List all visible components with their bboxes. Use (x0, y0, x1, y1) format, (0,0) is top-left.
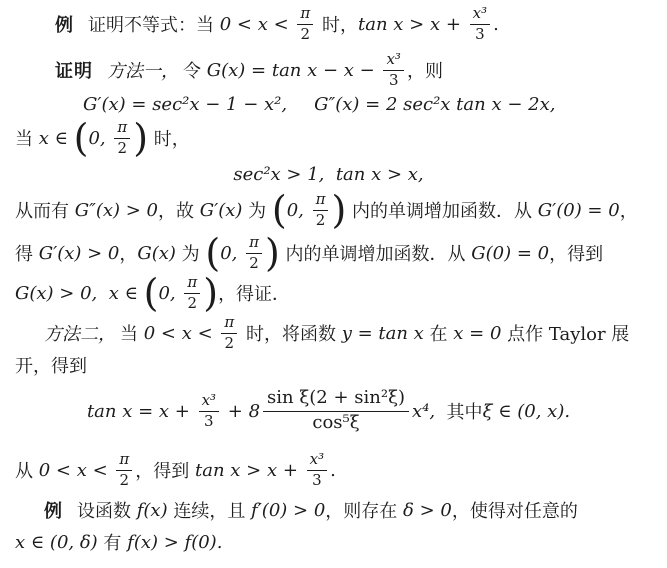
math-segment: y = tan x (342, 323, 424, 344)
math-segment: G(x) = tan x − x − (207, 60, 381, 81)
proof-label: 证明 (55, 57, 93, 83)
text-segment: 在 (424, 320, 453, 346)
fraction-pi-over-2: π2 (297, 5, 313, 43)
math-segment: x⁴, (412, 401, 435, 422)
text-segment: ，故 (158, 197, 200, 223)
left-paren: ( (144, 274, 159, 312)
math-segment: + 8 (222, 401, 260, 422)
math-segment: x ∈ (0, δ) (15, 532, 98, 553)
math-segment: 0, (287, 200, 310, 221)
right-paren: ) (133, 119, 148, 157)
method-1-label: 方法一， (107, 57, 179, 83)
text-segment: ，得到 (549, 240, 603, 266)
text-segment: 得 (15, 240, 39, 266)
text-segment: . (493, 14, 499, 35)
g-prime-equation: G′(x) = sec²x − 1 − x², (83, 94, 287, 115)
fraction-x3-over-3: x³3 (307, 451, 327, 489)
math-segment: f′(0) > 0 (251, 500, 325, 521)
fraction-pi-over-2: π2 (313, 191, 329, 229)
example-label: 例 (55, 11, 74, 37)
fraction-pi-over-2: π2 (221, 314, 237, 352)
math-segment: 0, (158, 283, 181, 304)
text-segment: 从而有 (15, 197, 75, 223)
left-paren: ( (74, 119, 89, 157)
math-segment: 0, (220, 243, 243, 264)
method-2-continuation-line: 开，得到 (0, 354, 667, 376)
fraction-pi-over-2: π2 (184, 274, 200, 312)
math-segment: 0 < x < (144, 323, 219, 344)
math-segment: δ > 0 (403, 500, 452, 521)
text-segment: ，则 (407, 57, 443, 83)
text-segment: ，使得对任意的 (452, 497, 578, 523)
text-segment: ，则存在 (325, 497, 403, 523)
fraction-pi-over-2: π2 (114, 119, 130, 157)
fraction-x3-over-3: x³3 (470, 5, 490, 43)
fraction-pi-over-2: π2 (246, 234, 262, 272)
fraction-x3-over-3: x³3 (383, 51, 403, 89)
proof-method-2-line: 方法二， 当 0 < x < π2 时，将函数 y = tan x 在 x = … (0, 312, 667, 354)
text-segment: 内的单调增加函数．从 (346, 197, 537, 223)
text-segment: 其中 (435, 398, 482, 424)
math-segment: G′(x) > 0 (39, 243, 120, 264)
text-segment: 设函数 (77, 497, 137, 523)
g-double-prime-equation: G″(x) = 2 sec²x tan x − 2x, (314, 94, 555, 115)
right-paren: ) (265, 234, 280, 272)
text-segment: 时， (148, 125, 190, 151)
text-segment: 当 (120, 320, 144, 346)
text-segment: ， (620, 197, 638, 223)
left-paren: ( (205, 234, 220, 272)
math-segment: G′(0) = 0 (538, 200, 620, 221)
method-2-conclusion-line: 从 0 < x < π2 ，得到 tan x > x + x³3 . (0, 446, 667, 494)
math-segment: G″(x) > 0 (75, 200, 158, 221)
text-segment: 令 (183, 57, 207, 83)
text-segment: 点作 Taylor 展 (501, 320, 629, 346)
math-segment: tan x > x + (195, 460, 304, 481)
text-segment: ， (119, 240, 137, 266)
fraction-x3-over-3: x³3 (199, 392, 219, 430)
text-segment: 内的单调增加函数．从 (280, 240, 471, 266)
text-segment: 从 (15, 457, 39, 483)
math-segment: ξ ∈ (0, x). (483, 401, 571, 422)
math-segment: tan x > x + (358, 14, 467, 35)
text-segment: 时， (316, 11, 358, 37)
text-segment: 为 (176, 240, 205, 266)
method-1-conclusion-line: G(x) > 0, x ∈ ( 0, π2 ) ，得证． (0, 274, 667, 312)
math-segment: 0 < x < (220, 14, 295, 35)
text-segment: 为 (242, 197, 271, 223)
fraction-pi-over-2: π2 (116, 451, 132, 489)
math-segment: sec²x > 1, tan x > x, (233, 164, 423, 185)
right-paren: ) (203, 274, 218, 312)
math-segment: G(x) > 0, x ∈ (15, 283, 144, 304)
derivative-equations-line: G′(x) = sec²x − 1 − x², G″(x) = 2 sec²x … (0, 92, 667, 116)
example-2-statement-line-1: 例 设函数 f(x) 连续，且 f′(0) > 0 ，则存在 δ > 0 ，使得… (0, 494, 667, 526)
math-segment: G(0) = 0 (471, 243, 549, 264)
method-2-label: 方法二， (44, 320, 116, 346)
example-1-statement: 例 证明不等式：当 0 < x < π2 时， tan x > x + x³3 … (0, 0, 667, 48)
taylor-expansion-equation: tan x = x + x³3 + 8 sin ξ(2 + sin²ξ)cos⁵… (0, 376, 667, 446)
text-segment: 证明不等式：当 (88, 11, 220, 37)
math-segment: 0 < x < (39, 460, 114, 481)
sec-tan-inequality-line: sec²x > 1, tan x > x, (0, 160, 667, 188)
example-label: 例 (44, 497, 63, 523)
proof-method-1-line: 证明 方法一， 令 G(x) = tan x − x − x³3 ，则 (0, 48, 667, 92)
text-segment: 有 (98, 529, 127, 555)
math-segment: G′(x) (200, 200, 243, 221)
math-segment: 0, (88, 128, 111, 149)
math-segment: tan x = x + (87, 401, 196, 422)
text-segment: 开，得到 (15, 354, 87, 376)
left-paren: ( (272, 191, 287, 229)
math-segment: x ∈ (39, 128, 74, 149)
text-segment: 连续，且 (168, 497, 251, 523)
document-page: 例 证明不等式：当 0 < x < π2 时， tan x > x + x³3 … (0, 0, 667, 568)
text-segment: 当 (15, 125, 39, 151)
interval-condition-line: 当 x ∈ ( 0, π2 ) 时， (0, 116, 667, 160)
math-segment: G(x) (137, 243, 176, 264)
math-segment: f(x) > f(0). (127, 532, 222, 553)
text-segment: ，得证． (218, 280, 290, 306)
math-segment: x = 0 (453, 323, 501, 344)
text-segment: ，得到 (135, 457, 195, 483)
example-2-statement-line-2: x ∈ (0, δ) 有 f(x) > f(0). (0, 526, 667, 558)
text-segment: 时，将函数 (240, 320, 341, 346)
monotonic-argument-line-2: 得 G′(x) > 0 ， G(x) 为 ( 0, π2 ) 内的单调增加函数．… (0, 232, 667, 274)
text-segment: . (330, 460, 336, 481)
right-paren: ) (331, 191, 346, 229)
monotonic-argument-line-1: 从而有 G″(x) > 0 ，故 G′(x) 为 ( 0, π2 ) 内的单调增… (0, 188, 667, 232)
fraction-remainder-term: sin ξ(2 + sin²ξ)cos⁵ξ (263, 388, 409, 433)
math-segment: f(x) (137, 500, 168, 521)
